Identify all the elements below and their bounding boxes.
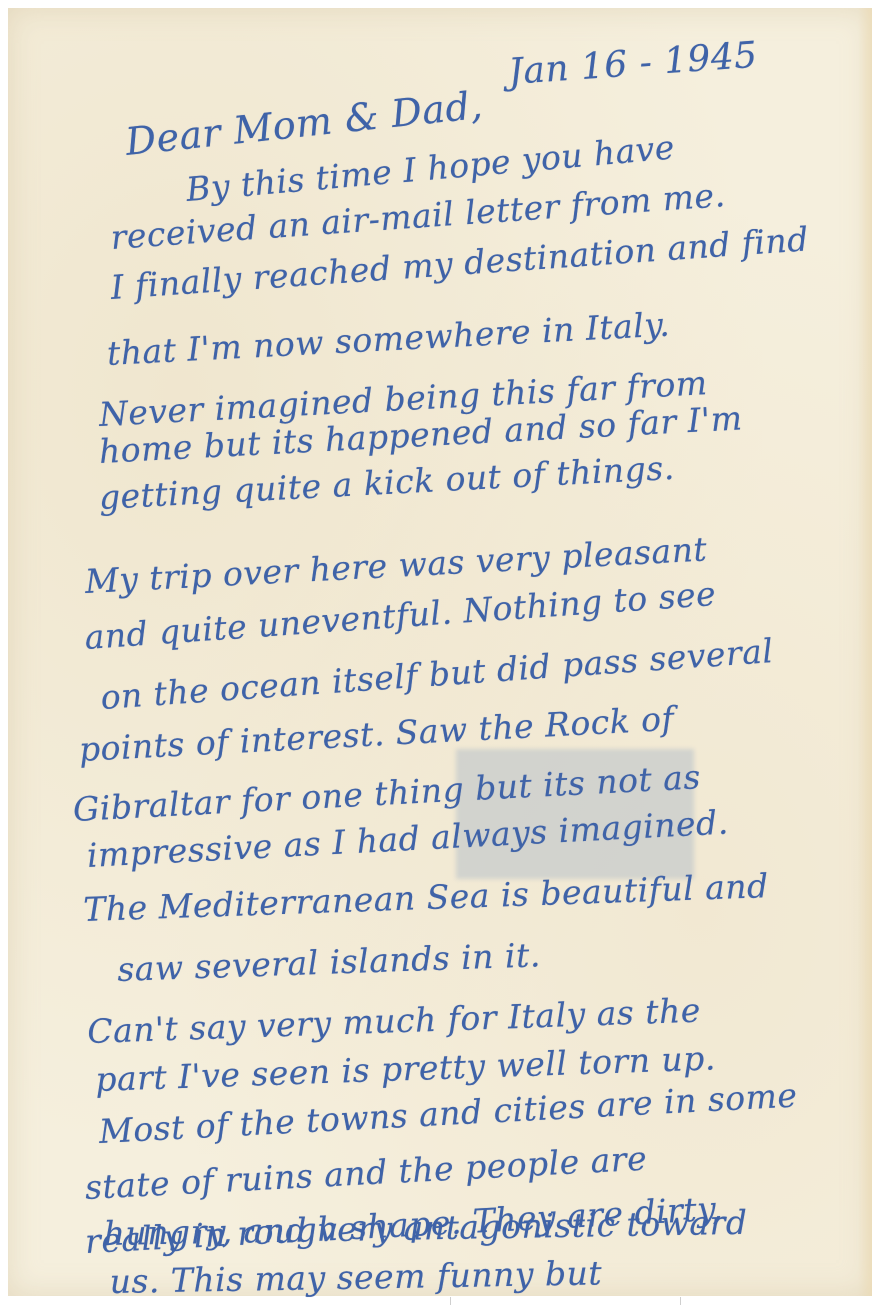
scan-mark [450, 1297, 451, 1305]
scan-mark [680, 1297, 681, 1305]
paper-edge [858, 8, 872, 1296]
